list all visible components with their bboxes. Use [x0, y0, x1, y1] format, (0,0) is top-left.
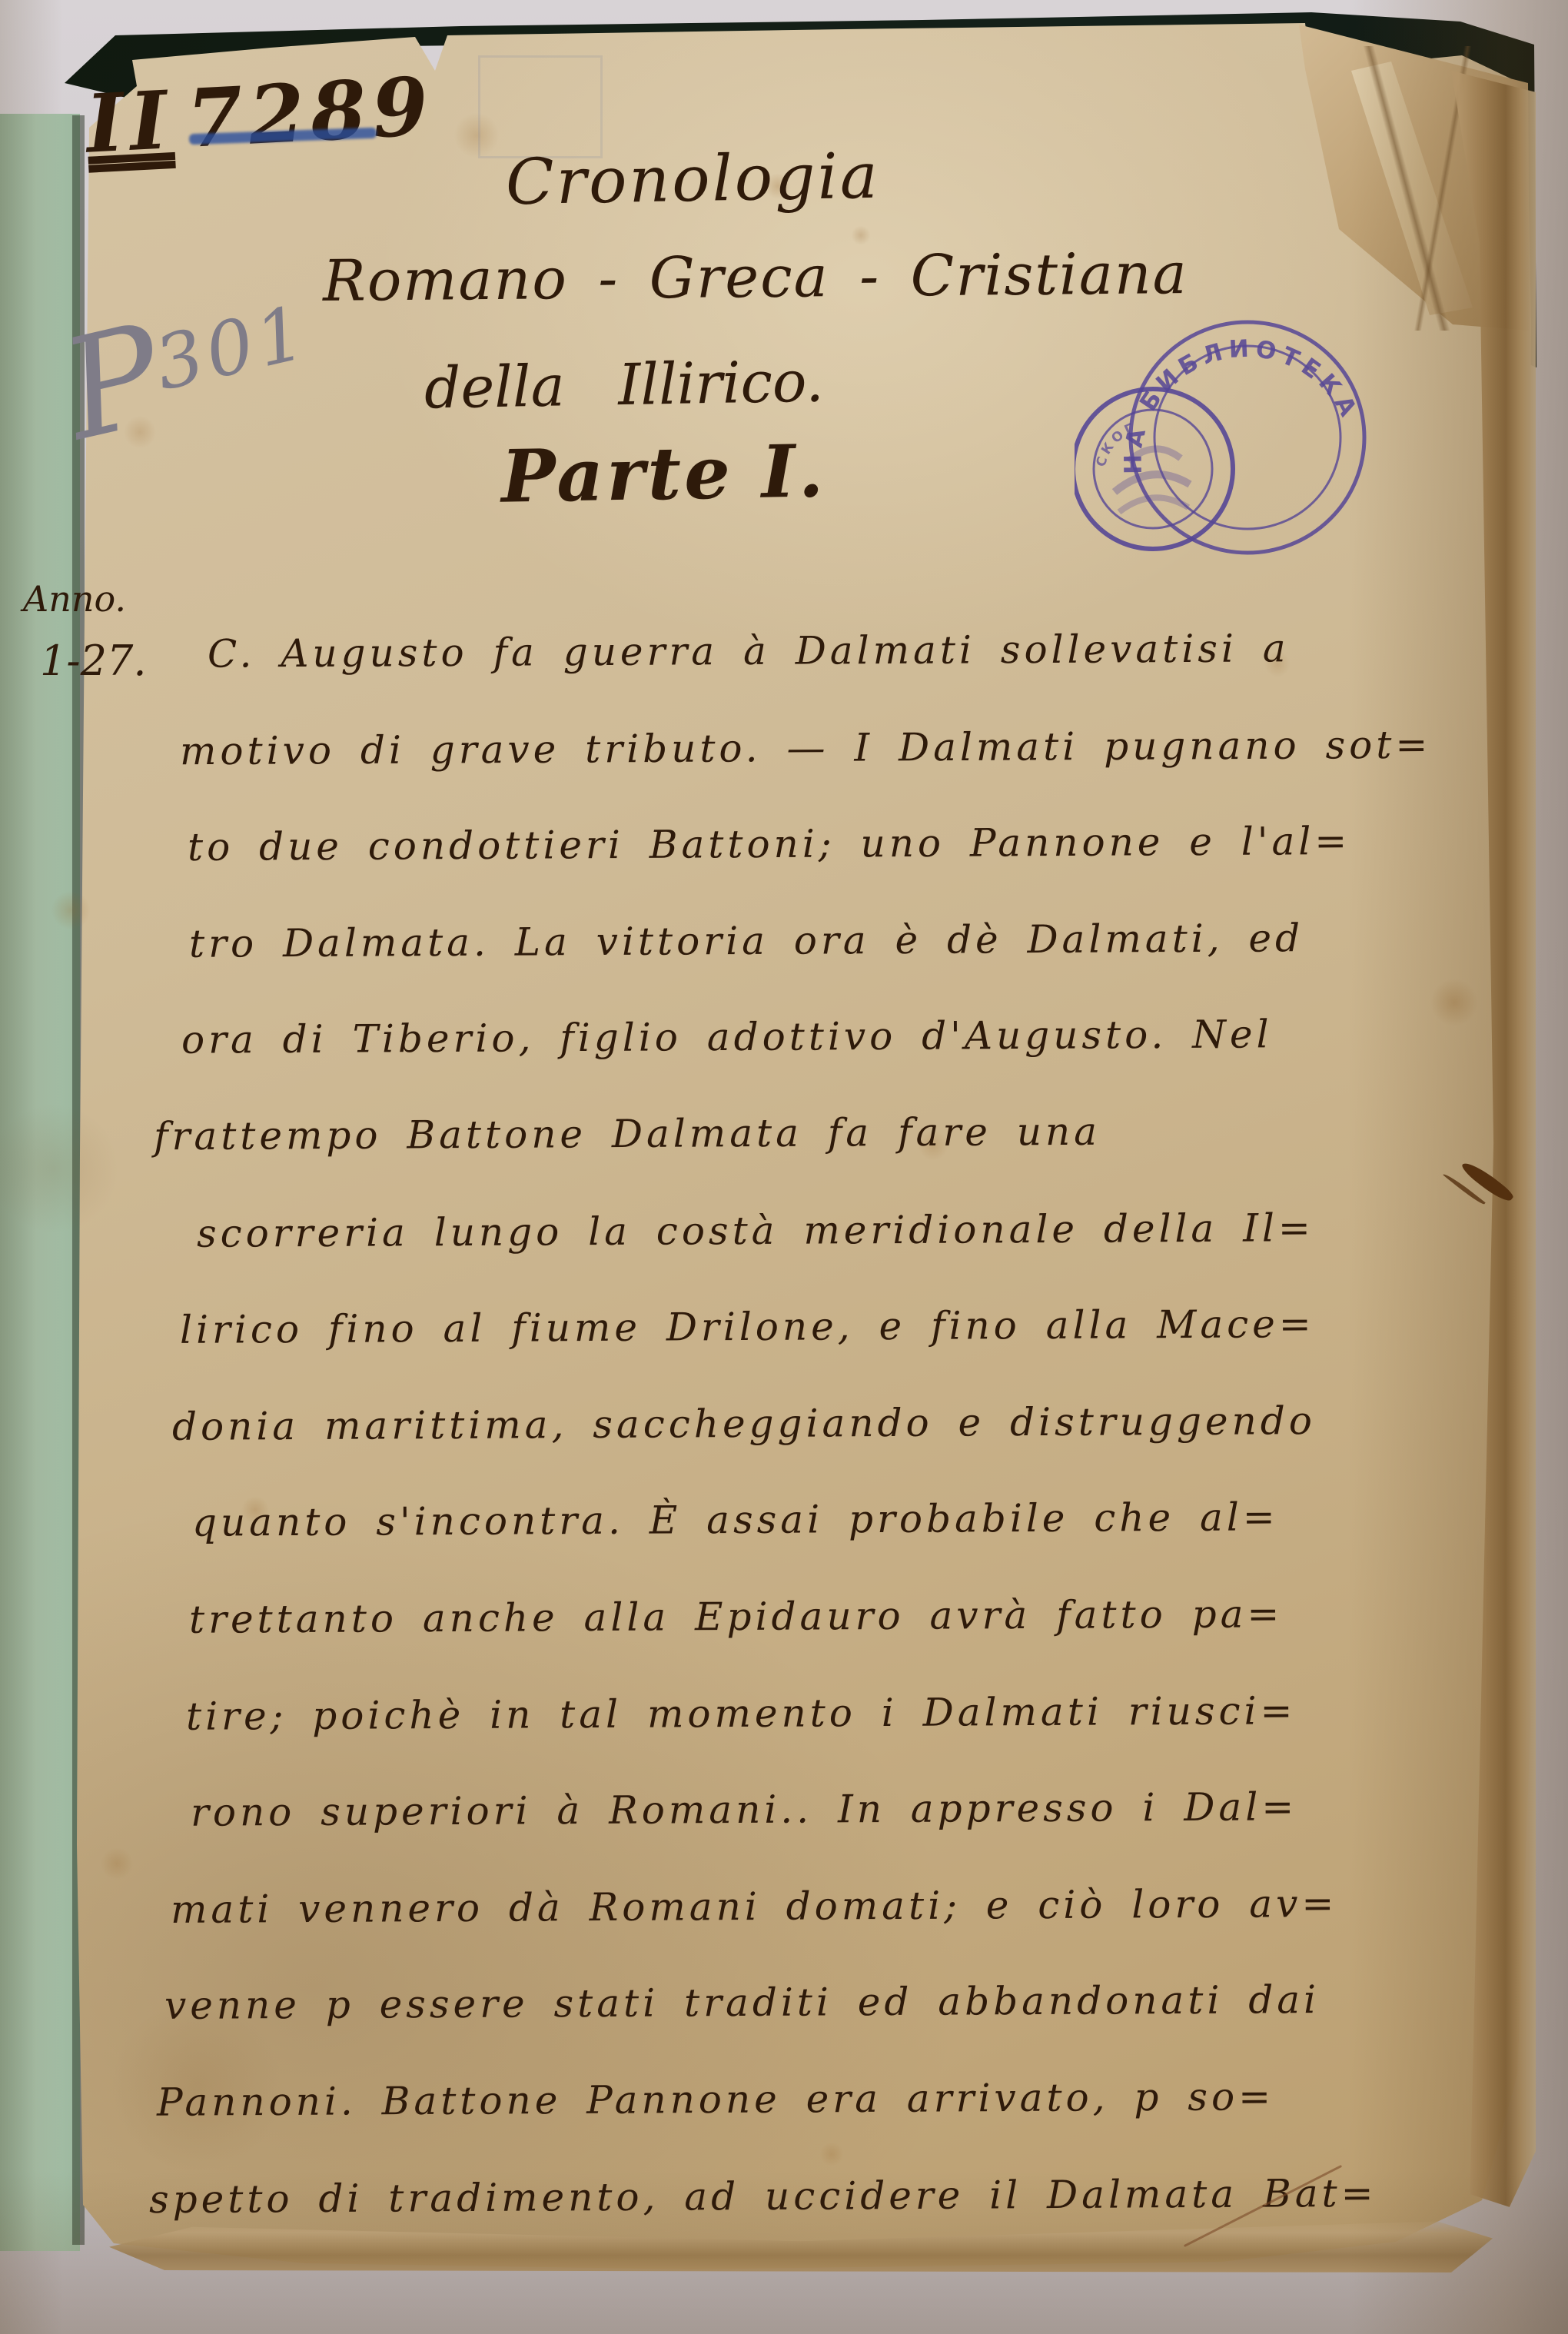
shelfmark-number: 7289	[184, 58, 436, 166]
manuscript-line: scorreria lungo la costà meridionale del…	[197, 1205, 1314, 1256]
manuscript-line: donia marittima, saccheggiando e distrug…	[172, 1398, 1316, 1449]
manuscript-line: Pannoni. Battone Pannone era arrivato, p…	[157, 2074, 1274, 2125]
faint-pencil-box	[478, 55, 603, 158]
library-stamp: НА БИБЛИОТЕКА СКОГ	[1075, 311, 1382, 584]
pencil-number: 301	[147, 288, 317, 407]
green-endpaper-edge	[0, 114, 80, 2251]
manuscript-line: rono superiori à Romani.. In appresso i …	[191, 1784, 1297, 1835]
entry-range: 1-27.	[40, 637, 146, 685]
manuscript-line: motivo di grave tributo. — I Dalmati pug…	[180, 722, 1432, 773]
manuscript-line: trettanto anche alla Epidauro avrà fatto…	[189, 1591, 1284, 1641]
title-line: della Illirico.	[424, 348, 824, 421]
title-line: Parte I.	[500, 429, 827, 519]
title-line: Cronologia	[505, 140, 880, 219]
anno-label: Anno.	[23, 578, 126, 620]
manuscript-line: ora di Tiberio, figlio adottivo d'August…	[181, 1012, 1273, 1062]
manuscript-line: frattempo Battone Dalmata fa fare una	[154, 1109, 1101, 1159]
manuscript-line: to due condottieri Battoni; uno Pannone …	[188, 819, 1351, 869]
manuscript-line: mati vennero dà Romani domati; e ciò lor…	[171, 1881, 1338, 1932]
manuscript-line: tro Dalmata. La vittoria ora è dè Dalmat…	[189, 916, 1304, 966]
manuscript-line: venne p essere stati traditi ed abbandon…	[164, 1977, 1320, 2028]
manuscript-line: spetto di tradimento, ad uccidere il Dal…	[149, 2170, 1377, 2221]
shelfmark-roman: II	[84, 72, 176, 171]
manuscript-line: C. Augusto fa guerra à Dalmati sollevati…	[208, 626, 1290, 676]
title-line: Romano - Greca - Cristiana	[323, 241, 1188, 314]
shelfmark: II7289	[84, 58, 437, 171]
manuscript-line: lirico fino al fiume Drilone, e fino all…	[180, 1302, 1315, 1352]
manuscript-photo: II7289 P301 Cronologia Romano - Greca - …	[0, 0, 1568, 2334]
manuscript-line: quanto s'incontra. È assai probabile che…	[192, 1495, 1279, 1545]
manuscript-line: tire; poichè in tal momento i Dalmati ri…	[186, 1688, 1297, 1739]
